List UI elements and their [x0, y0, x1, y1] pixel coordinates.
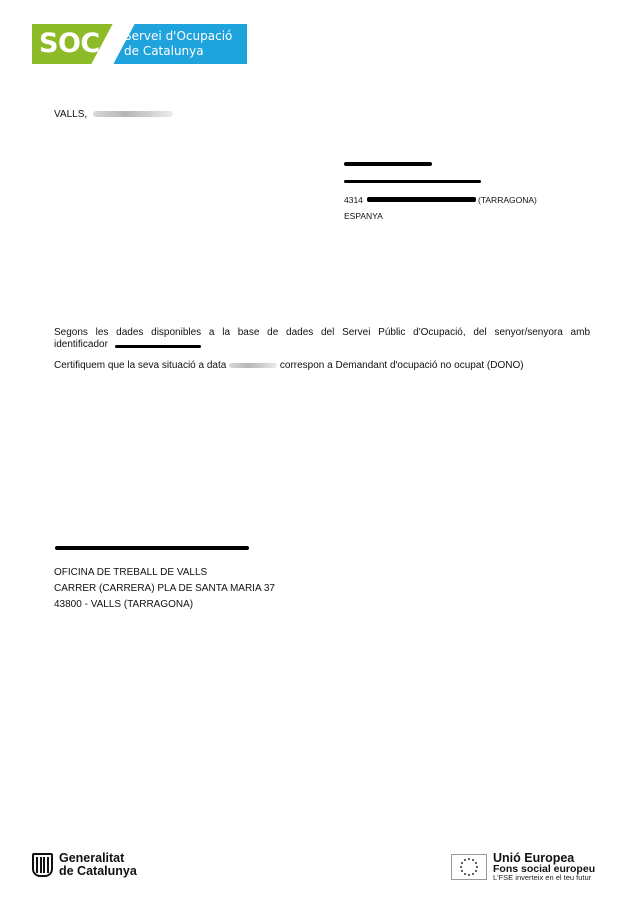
body-paragraph-1-line-2: identificador	[54, 339, 108, 351]
soc-name-line1: Servei d'Ocupació	[124, 29, 232, 44]
generalitat-shield-icon	[32, 853, 53, 877]
office-city: 43800 - VALLS (TARRAGONA)	[54, 597, 275, 613]
soc-abbr: SOC	[39, 28, 100, 59]
certify-suffix: correspon a Demandant d'ocupació no ocup…	[280, 360, 524, 371]
body-paragraph-1-line-1: Segons les dades disponibles a la base d…	[54, 327, 590, 338]
soc-name: Servei d'Ocupació de Catalunya	[124, 29, 232, 59]
generalitat-line2: de Catalunya	[59, 865, 137, 878]
certify-date-redaction	[229, 363, 277, 368]
soc-name-line2: de Catalunya	[124, 44, 232, 59]
place-city: VALLS,	[54, 109, 87, 120]
office-street: CARRER (CARRERA) PLA DE SANTA MARIA 37	[54, 581, 275, 597]
eu-line3: L'FSE inverteix en el teu futur	[493, 874, 595, 882]
identifier-label: identificador	[54, 339, 108, 350]
office-address: OFICINA DE TREBALL DE VALLS CARRER (CARR…	[54, 565, 275, 613]
identifier-redaction	[115, 345, 201, 348]
soc-logo: SOC Servei d'Ocupació de Catalunya	[32, 24, 247, 64]
recipient-postal-prefix: 4314	[344, 195, 363, 205]
certify-prefix: Certifiquem que la seva situació a data	[54, 360, 226, 371]
generalitat-logo: Generalitat de Catalunya	[32, 852, 137, 878]
recipient-postal-line: 4314	[344, 194, 363, 206]
date-redaction	[93, 111, 173, 117]
body-paragraph-2: Certifiquem que la seva situació a data …	[54, 360, 524, 372]
signer-redaction	[55, 546, 249, 550]
recipient-city-redaction	[367, 197, 476, 202]
recipient-name-redaction	[344, 162, 432, 166]
recipient-country: ESPANYA	[344, 210, 383, 222]
recipient-street-redaction	[344, 180, 481, 183]
office-name: OFICINA DE TREBALL DE VALLS	[54, 565, 275, 581]
recipient-province: (TARRAGONA)	[478, 194, 537, 206]
place-date: VALLS,	[54, 109, 173, 121]
eu-text: Unió Europea Fons social europeu L'FSE i…	[493, 852, 595, 882]
eu-logo: Unió Europea Fons social europeu L'FSE i…	[451, 852, 595, 882]
eu-flag-icon	[451, 854, 487, 880]
generalitat-text: Generalitat de Catalunya	[59, 852, 137, 878]
